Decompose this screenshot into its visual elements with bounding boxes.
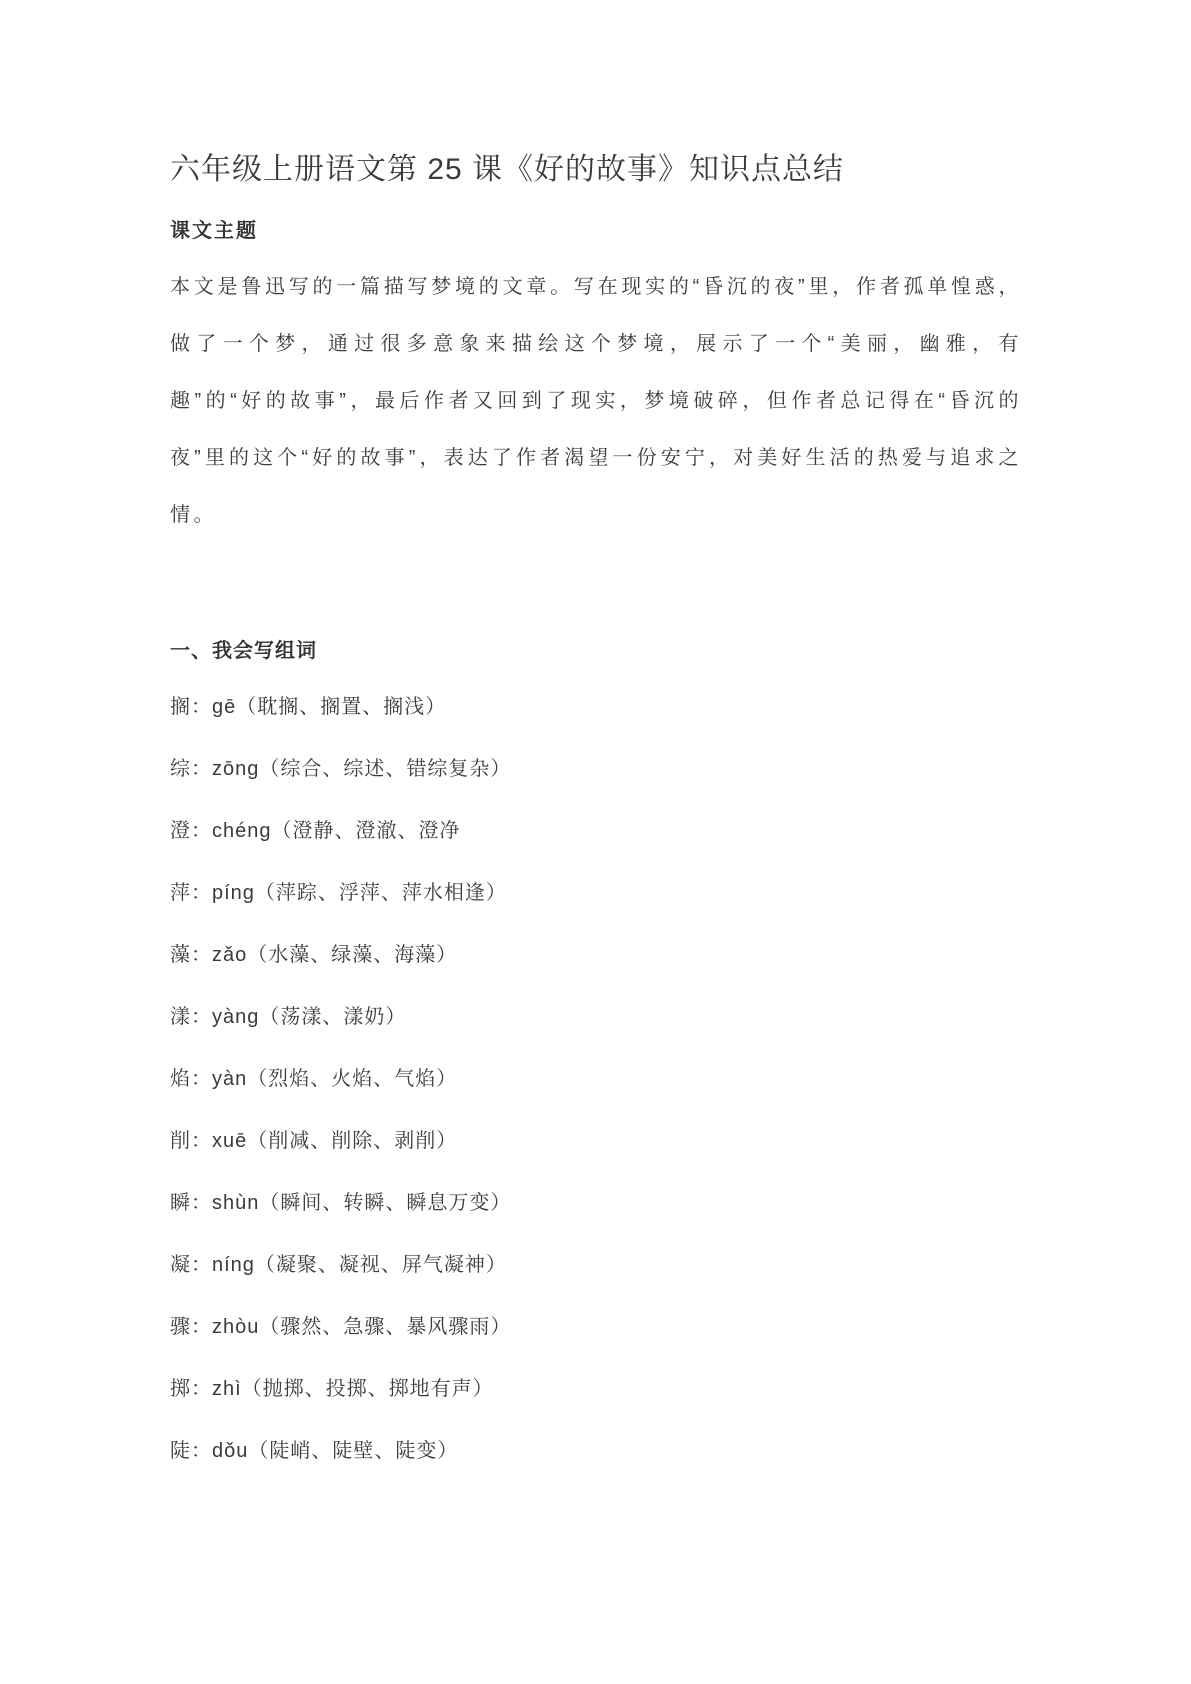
page-title: 六年级上册语文第 25 课《好的故事》知识点总结 (170, 150, 1022, 189)
words-section-heading: 一、我会写组词 (170, 637, 1022, 665)
word-item: 骤：zhòu（骤然、急骤、暴风骤雨） (170, 1315, 1022, 1339)
document-page: 六年级上册语文第 25 课《好的故事》知识点总结 课文主题 本文是鲁迅写的一篇描… (0, 0, 1191, 1684)
word-item: 漾：yàng（荡漾、漾奶） (170, 1005, 1022, 1029)
word-item: 陡：dǒu（陡峭、陡壁、陡变） (170, 1439, 1022, 1463)
word-item: 综：zōng（综合、综述、错综复杂） (170, 757, 1022, 781)
word-item: 凝：níng（凝聚、凝视、屏气凝神） (170, 1253, 1022, 1277)
word-item: 藻：zǎo（水藻、绿藻、海藻） (170, 943, 1022, 967)
word-item: 萍：píng（萍踪、浮萍、萍水相逢） (170, 881, 1022, 905)
document-content: 六年级上册语文第 25 课《好的故事》知识点总结 课文主题 本文是鲁迅写的一篇描… (0, 0, 1191, 1463)
theme-section-heading: 课文主题 (170, 217, 1022, 245)
word-item: 掷：zhì（抛掷、投掷、掷地有声） (170, 1377, 1022, 1401)
word-item: 瞬：shùn（瞬间、转瞬、瞬息万变） (170, 1191, 1022, 1215)
word-item: 澄：chéng（澄静、澄澈、澄净 (170, 819, 1022, 843)
theme-paragraph: 本文是鲁迅写的一篇描写梦境的文章。写在现实的“昏沉的夜”里，作者孤单惶惑，做了一… (170, 259, 1022, 544)
word-item: 削：xuē（削减、削除、剥削） (170, 1129, 1022, 1153)
word-item: 搁：gē（耽搁、搁置、搁浅） (170, 695, 1022, 719)
word-list: 搁：gē（耽搁、搁置、搁浅） 综：zōng（综合、综述、错综复杂） 澄：chén… (170, 695, 1022, 1463)
word-item: 焰：yàn（烈焰、火焰、气焰） (170, 1067, 1022, 1091)
